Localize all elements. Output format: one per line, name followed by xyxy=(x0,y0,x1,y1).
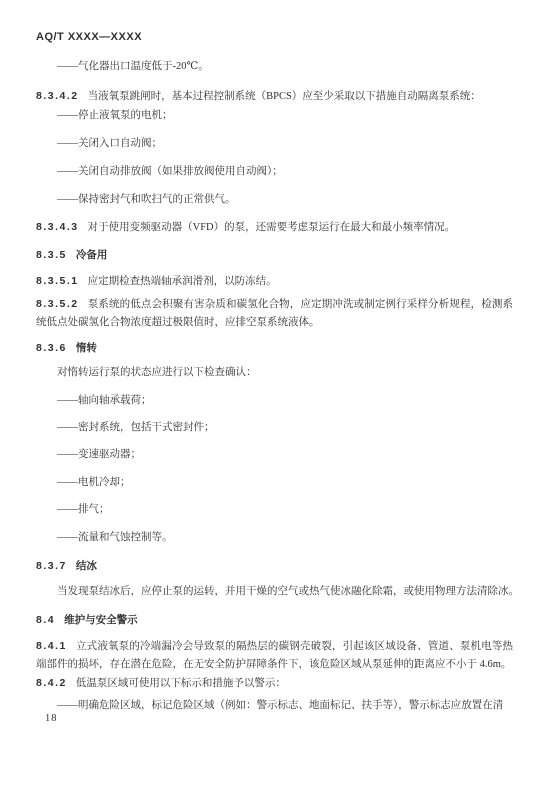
section-heading-8-3-6: 8.3.6惰转 xyxy=(36,339,513,357)
clause-8-4-2: 8.4.2低温泵区域可使用以下标示和措施予以警示： xyxy=(36,674,513,693)
heading-title: 惰转 xyxy=(76,342,97,354)
dash-list-item: ——关闭入口自动阀； xyxy=(36,135,513,153)
heading-title: 维护与安全警示 xyxy=(64,614,138,626)
clause-text: 立式液氧泵的冷端漏冷会导致泵的隔热层的碳钢壳破裂，引起该区域设备、管道、泵机电等… xyxy=(36,641,513,670)
dash-list-item: ——保持密封气和吹扫气的正常供气。 xyxy=(36,191,513,209)
dash-list-item: ——流量和气蚀控制等。 xyxy=(36,529,513,547)
heading-number: 8.3.7 xyxy=(36,560,67,572)
clause-8-3-5-1: 8.3.5.1应定期检查热端轴承润滑剂，以防冻结。 xyxy=(36,272,513,291)
heading-title: 冷备用 xyxy=(76,249,108,261)
section-heading-8-3-5: 8.3.5冷备用 xyxy=(36,246,513,264)
clause-number: 8.3.4.2 xyxy=(36,90,79,102)
heading-title: 结冰 xyxy=(76,560,97,572)
clause-8-3-5-2: 8.3.5.2泵系统的低点会积聚有害杂质和碳氢化合物，应定期冲洗或制定例行采样分… xyxy=(36,295,513,332)
clause-number: 8.3.5.2 xyxy=(36,298,79,310)
clause-number: 8.4.2 xyxy=(36,677,67,689)
clause-number: 8.3.5.1 xyxy=(36,275,79,287)
dash-list-item: ——明确危险区域，标记危险区域（例如：警示标志、地面标记、扶手等），警示标志应放… xyxy=(36,697,513,715)
clause-number: 8.4.1 xyxy=(36,640,67,652)
dash-list-item: ——轴向轴承载荷； xyxy=(36,392,513,410)
heading-number: 8.3.5 xyxy=(36,249,67,261)
section-heading-8-3-7: 8.3.7结冰 xyxy=(36,557,513,575)
dash-list-item: ——关闭自动排放阀（如果排放阀使用自动阀）； xyxy=(36,163,513,181)
section-heading-8-4: 8.4维护与安全警示 xyxy=(36,611,513,629)
dash-list-item: ——密封系统，包括干式密封件； xyxy=(36,419,513,437)
clause-number: 8.3.4.3 xyxy=(36,221,79,233)
heading-number: 8.4 xyxy=(36,614,55,626)
heading-number: 8.3.6 xyxy=(36,342,67,354)
dash-list-item: ——排气； xyxy=(36,501,513,519)
clause-8-4-1: 8.4.1立式液氧泵的冷端漏冷会导致泵的隔热层的碳钢壳破裂，引起该区域设备、管道… xyxy=(36,637,513,674)
indented-paragraph: 对惰转运行泵的状态应进行以下检查确认： xyxy=(36,364,513,382)
clause-text: 泵系统的低点会积聚有害杂质和碳氢化合物，应定期冲洗或制定例行采样分析规程，检测系… xyxy=(36,299,513,328)
clause-text: 当液氧泵跳闸时，基本过程控制系统（BPCS）应至少采取以下措施自动隔离泵系统： xyxy=(88,91,481,102)
indented-paragraph: 当发现泵结冰后，应停止泵的运转，并用干燥的空气或热气使冰融化除霜，或使用物理方法… xyxy=(36,583,513,601)
clause-text: 低温泵区域可使用以下标示和措施予以警示： xyxy=(76,678,286,689)
document-content: AQ/T XXXX—XXXX ——气化器出口温度低于-20℃。 8.3.4.2当… xyxy=(0,0,549,715)
dash-list-item: ——停止液氧泵的电机； xyxy=(36,107,513,125)
clause-text: 应定期检查热端轴承润滑剂，以防冻结。 xyxy=(88,276,277,287)
page-number: 18 xyxy=(45,712,58,726)
clause-8-3-4-2: 8.3.4.2当液氧泵跳闸时，基本过程控制系统（BPCS）应至少采取以下措施自动… xyxy=(36,87,513,106)
standard-designation-header: AQ/T XXXX—XXXX xyxy=(36,28,513,46)
dash-list-item: ——电机冷却； xyxy=(36,474,513,492)
document-page: AQ/T XXXX—XXXX ——气化器出口温度低于-20℃。 8.3.4.2当… xyxy=(0,0,549,789)
clause-8-3-4-3: 8.3.4.3对于使用变频驱动器（VFD）的泵，还需要考虑泵运行在最大和最小频率… xyxy=(36,218,513,237)
clause-text: 对于使用变频驱动器（VFD）的泵，还需要考虑泵运行在最大和最小频率情况。 xyxy=(88,222,456,233)
dash-list-item: ——变速驱动器； xyxy=(36,446,513,464)
dash-list-item: ——气化器出口温度低于-20℃。 xyxy=(36,58,513,76)
